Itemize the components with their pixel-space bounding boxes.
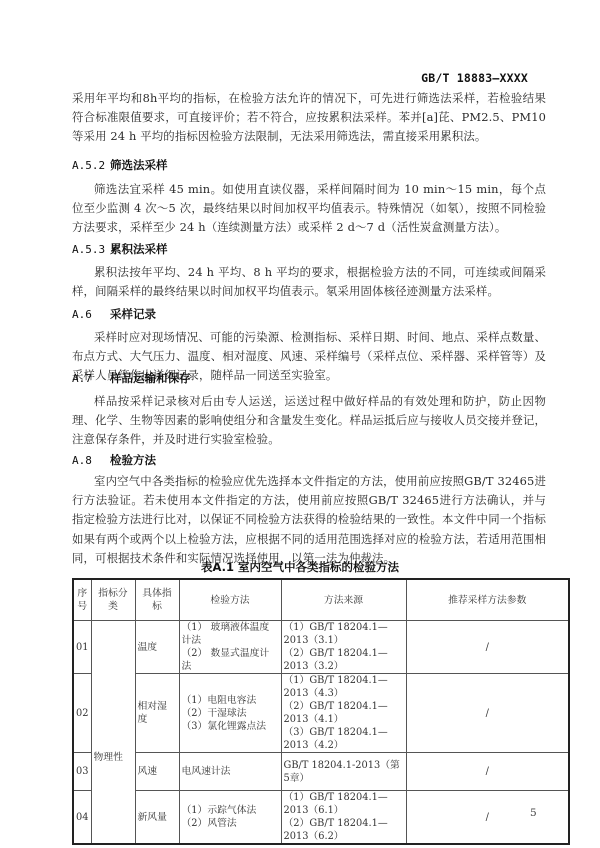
cell-indicator: 新风量 [135, 791, 179, 845]
col-header-params: 推荐采样方法参数 [406, 579, 569, 621]
section-title: 累积法采样 [110, 242, 168, 256]
cell-source: （1）GB/T 18204.1—2013（6.1） （2）GB/T 18204.… [281, 791, 406, 845]
section-number: A.6 [72, 308, 110, 321]
cell-no: 02 [73, 674, 91, 753]
cell-source: （1）GB/T 18204.1—2013（4.3） （2）GB/T 18204.… [281, 674, 406, 753]
section-number: A.5.3 [72, 243, 110, 256]
cell-category: 物理性 [91, 621, 135, 845]
intro-paragraph: 采用年平均和8h平均的指标，在检验方法允许的情况下，可先进行筛选法采样，若检验结… [72, 89, 546, 147]
cell-indicator: 相对湿度 [135, 674, 179, 753]
table-row: 02 相对湿度 （1）电阻电容法 （2）干湿球法 （3）氯化锂露点法 （1）GB… [73, 674, 569, 753]
section-body-a53: 累积法按年平均、24 h 平均、8 h 平均的要求，根据检验方法的不同，可连续或… [72, 263, 546, 301]
cell-no: 04 [73, 791, 91, 845]
table-row: 03 风速 电风速计法 GB/T 18204.1-2013（第5章） / [73, 753, 569, 791]
section-number: A.7 [72, 372, 110, 385]
col-header-category: 指标分类 [91, 579, 135, 621]
section-title: 检验方法 [110, 453, 156, 467]
cell-method: 电风速计法 [179, 753, 281, 791]
standard-code-header: GB/T 18883—XXXX [421, 71, 528, 85]
cell-params: / [406, 674, 569, 753]
section-body-a7: 样品按采样记录核对后由专人运送，运送过程中做好样品的有效处理和防护，防止因物理、… [72, 392, 546, 450]
cell-params: / [406, 753, 569, 791]
cell-method: （1）示踪气体法 （2）风管法 [179, 791, 281, 845]
table-row: 04 新风量 （1）示踪气体法 （2）风管法 （1）GB/T 18204.1—2… [73, 791, 569, 845]
section-heading-a8: A.8检验方法 [72, 452, 156, 468]
section-body-a52: 筛选法宜采样 45 min。如使用直读仪器，采样间隔时间为 10 min～15 … [72, 180, 546, 238]
table-header-row: 序号 指标分类 具体指标 检验方法 方法来源 推荐采样方法参数 [73, 579, 569, 621]
section-heading-a52: A.5.2筛选法采样 [72, 157, 168, 173]
col-header-method: 检验方法 [179, 579, 281, 621]
cell-source: GB/T 18204.1-2013（第5章） [281, 753, 406, 791]
cell-source: （1）GB/T 18204.1—2013（3.1） （2）GB/T 18204.… [281, 621, 406, 674]
table-row: 01 物理性 温度 （1） 玻璃液体温度计法 （2） 数显式温度计法 （1）GB… [73, 621, 569, 674]
cell-method: （1）电阻电容法 （2）干湿球法 （3）氯化锂露点法 [179, 674, 281, 753]
cell-no: 01 [73, 621, 91, 674]
table-caption: 表A.1 室内空气中各类指标的检验方法 [0, 559, 600, 575]
section-number: A.5.2 [72, 159, 110, 172]
cell-indicator: 风速 [135, 753, 179, 791]
inspection-methods-table: 序号 指标分类 具体指标 检验方法 方法来源 推荐采样方法参数 01 物理性 温… [72, 578, 570, 845]
section-title: 采样记录 [110, 307, 156, 321]
section-title: 样品运输和保存 [110, 371, 191, 385]
cell-params: / [406, 791, 569, 845]
section-body-a8: 室内空气中各类指标的检验应优先选择本文件指定的方法，使用前应按照GB/T 324… [72, 472, 546, 568]
section-number: A.8 [72, 454, 110, 467]
cell-params: / [406, 621, 569, 674]
cell-no: 03 [73, 753, 91, 791]
section-heading-a6: A.6采样记录 [72, 306, 156, 322]
section-heading-a7: A.7样品运输和保存 [72, 370, 191, 386]
cell-indicator: 温度 [135, 621, 179, 674]
col-header-indicator: 具体指标 [135, 579, 179, 621]
col-header-no: 序号 [73, 579, 91, 621]
page-number: 5 [530, 807, 537, 819]
section-heading-a53: A.5.3累积法采样 [72, 241, 168, 257]
cell-method: （1） 玻璃液体温度计法 （2） 数显式温度计法 [179, 621, 281, 674]
col-header-source: 方法来源 [281, 579, 406, 621]
section-title: 筛选法采样 [110, 158, 168, 172]
